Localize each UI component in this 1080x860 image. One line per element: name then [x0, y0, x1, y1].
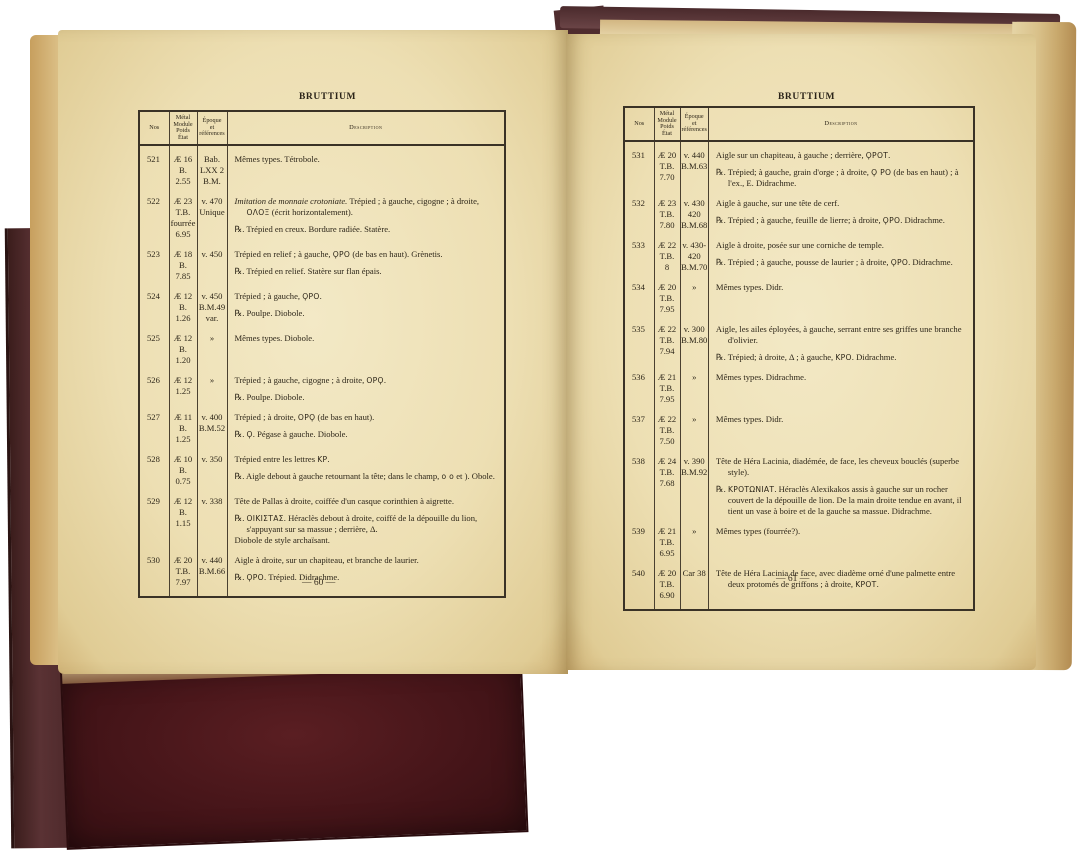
column-header-epoque: Époqueetréférences	[680, 107, 708, 141]
metal-module-weight-cell: Æ 121.25	[169, 375, 197, 403]
table-row: 528Æ 10B.0.75v. 350Trépied entre les let…	[139, 454, 505, 487]
epoque-reference-cell: v. 450	[197, 249, 227, 282]
obverse-description: Tête de Pallas à droite, coiffée d'un ca…	[235, 496, 497, 507]
spacer-cell	[680, 601, 708, 610]
description-text: Trépied entre les lettres	[235, 454, 318, 464]
description-cell: Trépied entre les lettres ΚΡ.℞. Aigle de…	[227, 454, 505, 487]
metal-module-weight-cell: Æ 10B.0.75	[169, 454, 197, 487]
metal-module-weight-cell: Æ 18B.7.85	[169, 249, 197, 282]
description-text: Mêmes types. Didrachme.	[716, 372, 806, 382]
description-text: (écrit horizontalement).	[270, 207, 353, 217]
metal-module-line: T.B.	[170, 566, 197, 577]
metal-module-line: Æ 20	[655, 150, 680, 161]
entry-number: 523	[139, 249, 169, 282]
metal-module-line: 7.50	[655, 436, 680, 447]
spacer-cell	[197, 240, 227, 249]
metal-module-line: 6.90	[655, 590, 680, 601]
epoque-line: v. 430-	[681, 240, 708, 251]
table-row: 534Æ 20T.B.7.95»Mêmes types. Didr.	[624, 282, 974, 315]
entry-number: 524	[139, 291, 169, 324]
description-cell: Mêmes types. Didr.	[708, 414, 974, 447]
metal-module-line: 7.68	[655, 478, 680, 489]
obverse-description: Trépied ; à droite, ΟΡϘ (de bas en haut)…	[235, 412, 497, 423]
spacer-cell	[227, 324, 505, 333]
description-text: .	[384, 375, 386, 385]
description-note: Diobole de style archaïsant.	[235, 535, 497, 546]
metal-module-line: T.B.	[655, 335, 680, 346]
spacer-cell	[680, 141, 708, 150]
epoque-line: v. 350	[198, 454, 227, 465]
reverse-description: ℞. ΟΙΚΙΣΤΑΣ. Héraclès debout à droite, c…	[235, 513, 497, 535]
description-text: ℞.	[235, 429, 247, 439]
spacer-cell	[708, 405, 974, 414]
metal-module-line: T.B.	[655, 579, 680, 590]
description-cell: Mêmes types (fourrée?).	[708, 526, 974, 559]
page-number: — 61 —	[776, 574, 809, 584]
spacer-cell	[139, 366, 169, 375]
header-line: État	[656, 131, 679, 138]
description-text: ℞. Trépied en creux. Bordure radiée. Sta…	[235, 224, 391, 234]
epoque-reference-cell: v. 470Unique	[197, 196, 227, 240]
spacer-cell	[169, 240, 197, 249]
description-cell: Aigle à gauche, sur une tête de cerf.℞. …	[708, 198, 974, 231]
epoque-line: B.M.52	[198, 423, 227, 434]
metal-module-line: 7.95	[655, 304, 680, 315]
obverse-description: Aigle sur un chapiteau, à gauche ; derri…	[716, 150, 965, 161]
right-page: BRUTTIUM Nos MétalModulePoidsÉtat Époque…	[566, 34, 1036, 670]
metal-module-line: Æ 18	[170, 249, 197, 260]
description-text: Trépied en relief ; à gauche,	[235, 249, 333, 259]
obverse-description: Aigle à droite, sur un chapiteau, et bra…	[235, 555, 497, 566]
metal-module-line: 1.25	[170, 386, 197, 397]
table-row: 525Æ 12B.1.20»Mêmes types. Diobole.	[139, 333, 505, 366]
spacer-cell	[624, 141, 654, 150]
row-spacer	[139, 145, 505, 154]
description-text: .	[320, 291, 322, 301]
spacer-cell	[227, 145, 505, 154]
obverse-description: Tête de Héra Lacinia, diadémée, de face,…	[716, 456, 965, 478]
table-row: 538Æ 24T.B.7.68v. 390B.M.92Tête de Héra …	[624, 456, 974, 517]
metal-module-line: Æ 20	[655, 568, 680, 579]
metal-module-line: 7.97	[170, 577, 197, 588]
description-text: Tête de Pallas à droite, coiffée d'un ca…	[235, 496, 454, 506]
reverse-description: ℞. ΚΡΟΤΩΝΙΑΤ. Héraclès Alexikakos assis …	[716, 484, 965, 517]
description-text: Aigle à droite, posée sur une corniche d…	[716, 240, 884, 250]
column-header-epoque: Époqueetréférences	[197, 111, 227, 145]
epoque-line: 420	[681, 251, 708, 262]
spacer-cell	[708, 601, 974, 610]
description-cell: Imitation de monnaie crotoniate. Trépied…	[227, 196, 505, 240]
description-cell: Tête de Héra Lacinia, diadémée, de face,…	[708, 456, 974, 517]
spacer-cell	[197, 145, 227, 154]
spacer-cell	[680, 273, 708, 282]
epoque-reference-cell: v. 338	[197, 496, 227, 546]
description-text: .	[327, 454, 329, 464]
greek-legend: ϘΡΟ	[302, 292, 319, 301]
obverse-description: Trépied en relief ; à gauche, ϘΡΟ (de ba…	[235, 249, 497, 260]
epoque-reference-cell: »	[197, 375, 227, 403]
entry-number: 522	[139, 196, 169, 240]
epoque-reference-cell: v. 350	[197, 454, 227, 487]
spacer-cell	[139, 546, 169, 555]
epoque-line: v. 470	[198, 196, 227, 207]
spacer-cell	[624, 517, 654, 526]
description-text: Trépied ; à droite,	[235, 412, 298, 422]
obverse-description: Mêmes types. Diobole.	[235, 333, 497, 344]
metal-module-line: T.B.	[170, 207, 197, 218]
description-text: ℞.	[235, 572, 247, 582]
header-line: État	[171, 135, 196, 142]
greek-legend: ϘΡΟ	[891, 258, 908, 267]
book-front-cover	[60, 654, 528, 850]
epoque-line: B.M.70	[681, 262, 708, 273]
spacer-cell	[708, 517, 974, 526]
metal-module-line: Æ 12	[170, 333, 197, 344]
entry-number: 537	[624, 414, 654, 447]
description-cell: Trépied ; à gauche, ϘΡΟ.℞. Poulpe. Diobo…	[227, 291, 505, 324]
table-row: 524Æ 12B.1.26v. 450B.M.49var.Trépied ; à…	[139, 291, 505, 324]
metal-module-line: 8	[655, 262, 680, 273]
metal-module-weight-cell: Æ 23T.B.7.80	[654, 198, 680, 231]
spacer-cell	[139, 588, 169, 597]
spacer-cell	[680, 405, 708, 414]
metal-module-line: Æ 12	[170, 291, 197, 302]
epoque-line: B.M.49	[198, 302, 227, 313]
epoque-reference-cell: »	[680, 282, 708, 315]
row-spacer	[624, 517, 974, 526]
table-row: 522Æ 23T.B.fourrée6.95v. 470UniqueImitat…	[139, 196, 505, 240]
description-text: Aigle, les ailes éployées, à gauche, ser…	[716, 324, 962, 345]
description-text: Mêmes types. Tétrobole.	[235, 154, 320, 164]
metal-module-line: 7.94	[655, 346, 680, 357]
metal-module-line: B.	[170, 507, 197, 518]
spacer-cell	[680, 363, 708, 372]
epoque-line: Unique	[198, 207, 227, 218]
metal-module-weight-cell: Æ 24T.B.7.68	[654, 456, 680, 517]
epoque-line: var.	[198, 313, 227, 324]
epoque-reference-cell: »	[197, 333, 227, 366]
spacer-cell	[708, 141, 974, 150]
spacer-cell	[227, 240, 505, 249]
description-text: . Pégase à gauche. Diobole.	[253, 429, 348, 439]
obverse-description: Tête de Héra Lacinia de face, avec diadè…	[716, 568, 965, 590]
entry-number: 534	[624, 282, 654, 315]
table-row: 535Æ 22T.B.7.94v. 300B.M.80Aigle, les ai…	[624, 324, 974, 363]
epoque-line: »	[198, 333, 227, 344]
spacer-cell	[139, 187, 169, 196]
spacer-cell	[139, 282, 169, 291]
entry-number: 532	[624, 198, 654, 231]
epoque-line: »	[681, 414, 708, 425]
greek-legend: ο ο	[441, 472, 454, 481]
spacer-cell	[197, 445, 227, 454]
spacer-cell	[708, 231, 974, 240]
page-number: — 60 —	[302, 578, 335, 588]
spacer-cell	[169, 403, 197, 412]
greek-legend: ΚΡΟΤ	[855, 580, 876, 589]
running-head: BRUTTIUM	[299, 92, 356, 102]
epoque-reference-cell: »	[680, 526, 708, 559]
reverse-description: ℞. Poulpe. Diobole.	[235, 308, 497, 319]
description-text: Trépied ; à gauche,	[235, 291, 303, 301]
metal-module-weight-cell: Æ 22T.B.7.50	[654, 414, 680, 447]
description-text: ℞. Poulpe. Diobole.	[235, 392, 305, 402]
epoque-line: 420	[681, 209, 708, 220]
description-cell: Mêmes types. Tétrobole.	[227, 154, 505, 187]
description-text: et ). Obole.	[454, 471, 495, 481]
table-header-row: Nos MétalModulePoidsÉtat Époqueetréféren…	[624, 107, 974, 141]
column-header-metal-module: MétalModulePoidsÉtat	[169, 111, 197, 145]
spacer-cell	[227, 282, 505, 291]
table-row: 540Æ 20T.B.6.90Car 38Tête de Héra Lacini…	[624, 568, 974, 601]
spacer-cell	[139, 145, 169, 154]
entry-number: 535	[624, 324, 654, 363]
catalogue-table: Nos MétalModulePoidsÉtat Époqueetréféren…	[138, 110, 506, 598]
spacer-cell	[624, 559, 654, 568]
epoque-line: Bab.	[198, 154, 227, 165]
metal-module-line: B.	[170, 302, 197, 313]
metal-module-line: Æ 23	[170, 196, 197, 207]
spacer-cell	[624, 231, 654, 240]
description-text: Aigle à droite, sur un chapiteau, et bra…	[235, 555, 419, 565]
obverse-description: Trépied ; à gauche, ϘΡΟ.	[235, 291, 497, 302]
metal-module-weight-cell: Æ 12B.1.20	[169, 333, 197, 366]
metal-module-line: 1.15	[170, 518, 197, 529]
running-head: BRUTTIUM	[778, 92, 835, 102]
row-spacer	[139, 366, 505, 375]
obverse-description: Mêmes types. Didr.	[716, 282, 965, 293]
description-text: .	[877, 579, 879, 589]
epoque-reference-cell: v. 430-420B.M.70	[680, 240, 708, 273]
metal-module-line: Æ 21	[655, 372, 680, 383]
spacer-cell	[654, 141, 680, 150]
epoque-line: B.M.66	[198, 566, 227, 577]
description-cell: Trépied ; à droite, ΟΡϘ (de bas en haut)…	[227, 412, 505, 445]
row-spacer	[624, 315, 974, 324]
table-row: 539Æ 21T.B.6.95»Mêmes types (fourrée?).	[624, 526, 974, 559]
description-cell: Mêmes types. Didr.	[708, 282, 974, 315]
spacer-cell	[227, 445, 505, 454]
spacer-cell	[169, 546, 197, 555]
reverse-description: ℞. Ϙ. Pégase à gauche. Diobole.	[235, 429, 497, 440]
epoque-line: v. 430	[681, 198, 708, 209]
row-spacer	[624, 601, 974, 610]
greek-legend: ΚΡΟΤΩΝΙΑΤ	[728, 485, 774, 494]
entry-number: 539	[624, 526, 654, 559]
table-row: 537Æ 22T.B.7.50»Mêmes types. Didr.	[624, 414, 974, 447]
row-spacer	[624, 447, 974, 456]
spacer-cell	[680, 315, 708, 324]
entry-number: 521	[139, 154, 169, 187]
metal-module-weight-cell: Æ 11B.1.25	[169, 412, 197, 445]
row-spacer	[139, 240, 505, 249]
reverse-description: ℞. Trépied ; à gauche, pousse de laurier…	[716, 257, 965, 268]
spacer-cell	[139, 240, 169, 249]
description-cell: Aigle à droite, posée sur une corniche d…	[708, 240, 974, 273]
description-text: . Didrachme.	[900, 215, 945, 225]
header-line: références	[682, 127, 707, 134]
spacer-cell	[654, 559, 680, 568]
metal-module-line: T.B.	[655, 537, 680, 548]
metal-module-line: T.B.	[655, 161, 680, 172]
spacer-cell	[624, 447, 654, 456]
row-spacer	[139, 588, 505, 597]
epoque-line: »	[198, 375, 227, 386]
spacer-cell	[654, 189, 680, 198]
obverse-description: Trépied entre les lettres ΚΡ.	[235, 454, 497, 465]
column-header-description: Description	[708, 107, 974, 141]
spacer-cell	[708, 273, 974, 282]
row-spacer	[624, 141, 974, 150]
row-spacer	[139, 187, 505, 196]
greek-legend: ΟΙΚΙΣΤΑΣ	[247, 514, 284, 523]
spacer-cell	[654, 447, 680, 456]
spacer-cell	[197, 487, 227, 496]
metal-module-line: Æ 11	[170, 412, 197, 423]
reverse-description: ℞. Poulpe. Diobole.	[235, 392, 497, 403]
metal-module-line: 7.80	[655, 220, 680, 231]
metal-module-line: B.	[170, 165, 197, 176]
entry-number: 531	[624, 150, 654, 189]
description-text: ℞. Poulpe. Diobole.	[235, 308, 305, 318]
row-spacer	[624, 405, 974, 414]
epoque-line: v. 400	[198, 412, 227, 423]
spacer-cell	[708, 315, 974, 324]
spacer-cell	[227, 403, 505, 412]
column-header-metal-module: MétalModulePoidsÉtat	[654, 107, 680, 141]
metal-module-line: Æ 12	[170, 496, 197, 507]
epoque-line: Car 38	[681, 568, 708, 579]
entry-number: 527	[139, 412, 169, 445]
description-text: . Didrachme.	[852, 352, 897, 362]
metal-module-line: T.B.	[655, 383, 680, 394]
metal-module-line: B.	[170, 465, 197, 476]
description-text: ℞. Trépied; à gauche, grain d'orge ; à d…	[716, 167, 871, 177]
metal-module-weight-cell: Æ 20T.B.7.70	[654, 150, 680, 189]
row-spacer	[139, 282, 505, 291]
metal-module-line: B.	[170, 344, 197, 355]
epoque-line: B.M.68	[681, 220, 708, 231]
spacer-cell	[139, 324, 169, 333]
spacer-cell	[197, 282, 227, 291]
entry-number: 525	[139, 333, 169, 366]
row-spacer	[624, 273, 974, 282]
metal-module-line: 1.26	[170, 313, 197, 324]
epoque-reference-cell: v. 440B.M.66	[197, 555, 227, 588]
greek-legend: ΚΡΟ	[835, 353, 851, 362]
metal-module-line: 6.95	[170, 229, 197, 240]
metal-module-line: T.B.	[655, 425, 680, 436]
description-text: ℞. Trépied; à droite, Δ ; à gauche,	[716, 352, 835, 362]
greek-legend: ΟΡϘ	[298, 413, 315, 422]
table-row: 531Æ 20T.B.7.70v. 440B.M.63Aigle sur un …	[624, 150, 974, 189]
spacer-cell	[197, 187, 227, 196]
spacer-cell	[624, 405, 654, 414]
spacer-cell	[654, 601, 680, 610]
description-cell: Mêmes types. Didrachme.	[708, 372, 974, 405]
description-cell: Tête de Pallas à droite, coiffée d'un ca…	[227, 496, 505, 546]
epoque-line: v. 450	[198, 249, 227, 260]
description-text: Trépied ; à gauche, cigogne ; à droite,	[347, 196, 479, 206]
spacer-cell	[680, 517, 708, 526]
description-cell: Aigle à droite, sur un chapiteau, et bra…	[227, 555, 505, 588]
metal-module-line: Æ 22	[655, 414, 680, 425]
description-text: ℞. Aigle debout à gauche retournant la t…	[235, 471, 442, 481]
spacer-cell	[708, 559, 974, 568]
metal-module-line: Æ 22	[655, 240, 680, 251]
row-spacer	[139, 403, 505, 412]
metal-module-line: Æ 12	[170, 375, 197, 386]
metal-module-line: T.B.	[655, 467, 680, 478]
spacer-cell	[227, 366, 505, 375]
spacer-cell	[654, 231, 680, 240]
row-spacer	[139, 445, 505, 454]
entry-number: 538	[624, 456, 654, 517]
description-cell: Mêmes types. Diobole.	[227, 333, 505, 366]
row-spacer	[624, 559, 974, 568]
spacer-cell	[197, 588, 227, 597]
description-text: Mêmes types. Diobole.	[235, 333, 315, 343]
table-header-row: Nos MétalModulePoidsÉtat Époqueetréféren…	[139, 111, 505, 145]
metal-module-line: 2.55	[170, 176, 197, 187]
description-text: ℞.	[235, 513, 247, 523]
spacer-cell	[227, 487, 505, 496]
metal-module-line: 7.95	[655, 394, 680, 405]
description-text: Aigle à gauche, sur une tête de cerf.	[716, 198, 839, 208]
epoque-reference-cell: v. 400B.M.52	[197, 412, 227, 445]
header-line: références	[199, 131, 226, 138]
spacer-cell	[680, 559, 708, 568]
obverse-description: Aigle, les ailes éployées, à gauche, ser…	[716, 324, 965, 346]
spacer-cell	[139, 445, 169, 454]
epoque-reference-cell: v. 430420B.M.68	[680, 198, 708, 231]
left-page: BRUTTIUM Nos MétalModulePoidsÉtat Époque…	[58, 30, 568, 674]
metal-module-line: Æ 10	[170, 454, 197, 465]
spacer-cell	[654, 315, 680, 324]
description-text: (de bas en haut). Grènetis.	[350, 249, 442, 259]
spacer-cell	[169, 282, 197, 291]
entry-number: 540	[624, 568, 654, 601]
spacer-cell	[227, 588, 505, 597]
greek-legend: Ϙ ΡΟ	[871, 168, 891, 177]
reverse-description: ℞. Trépied en relief. Statère sur flan é…	[235, 266, 497, 277]
metal-module-line: 1.25	[170, 434, 197, 445]
spacer-cell	[197, 546, 227, 555]
description-cell: Trépied en relief ; à gauche, ϘΡΟ (de ba…	[227, 249, 505, 282]
metal-module-line: Æ 21	[655, 526, 680, 537]
description-cell: Trépied ; à gauche, cigogne ; à droite, …	[227, 375, 505, 403]
table-row: 527Æ 11B.1.25v. 400B.M.52Trépied ; à dro…	[139, 412, 505, 445]
spacer-cell	[197, 324, 227, 333]
obverse-description: Imitation de monnaie crotoniate. Trépied…	[235, 196, 497, 218]
description-text: Mêmes types (fourrée?).	[716, 526, 800, 536]
epoque-line: »	[681, 282, 708, 293]
entry-number: 536	[624, 372, 654, 405]
table-row: 533Æ 22T.B.8v. 430-420B.M.70Aigle à droi…	[624, 240, 974, 273]
metal-module-line: Æ 20	[170, 555, 197, 566]
spacer-cell	[624, 363, 654, 372]
epoque-reference-cell: v. 450B.M.49var.	[197, 291, 227, 324]
metal-module-line: Æ 20	[655, 282, 680, 293]
epoque-line: v. 338	[198, 496, 227, 507]
table-row: 532Æ 23T.B.7.80v. 430420B.M.68Aigle à ga…	[624, 198, 974, 231]
greek-legend: ΚΡ	[317, 455, 327, 464]
spacer-cell	[169, 366, 197, 375]
epoque-line: v. 300	[681, 324, 708, 335]
metal-module-weight-cell: Æ 20T.B.7.95	[654, 282, 680, 315]
obverse-description: Aigle à droite, posée sur une corniche d…	[716, 240, 965, 251]
epoque-reference-cell: v. 300B.M.80	[680, 324, 708, 363]
